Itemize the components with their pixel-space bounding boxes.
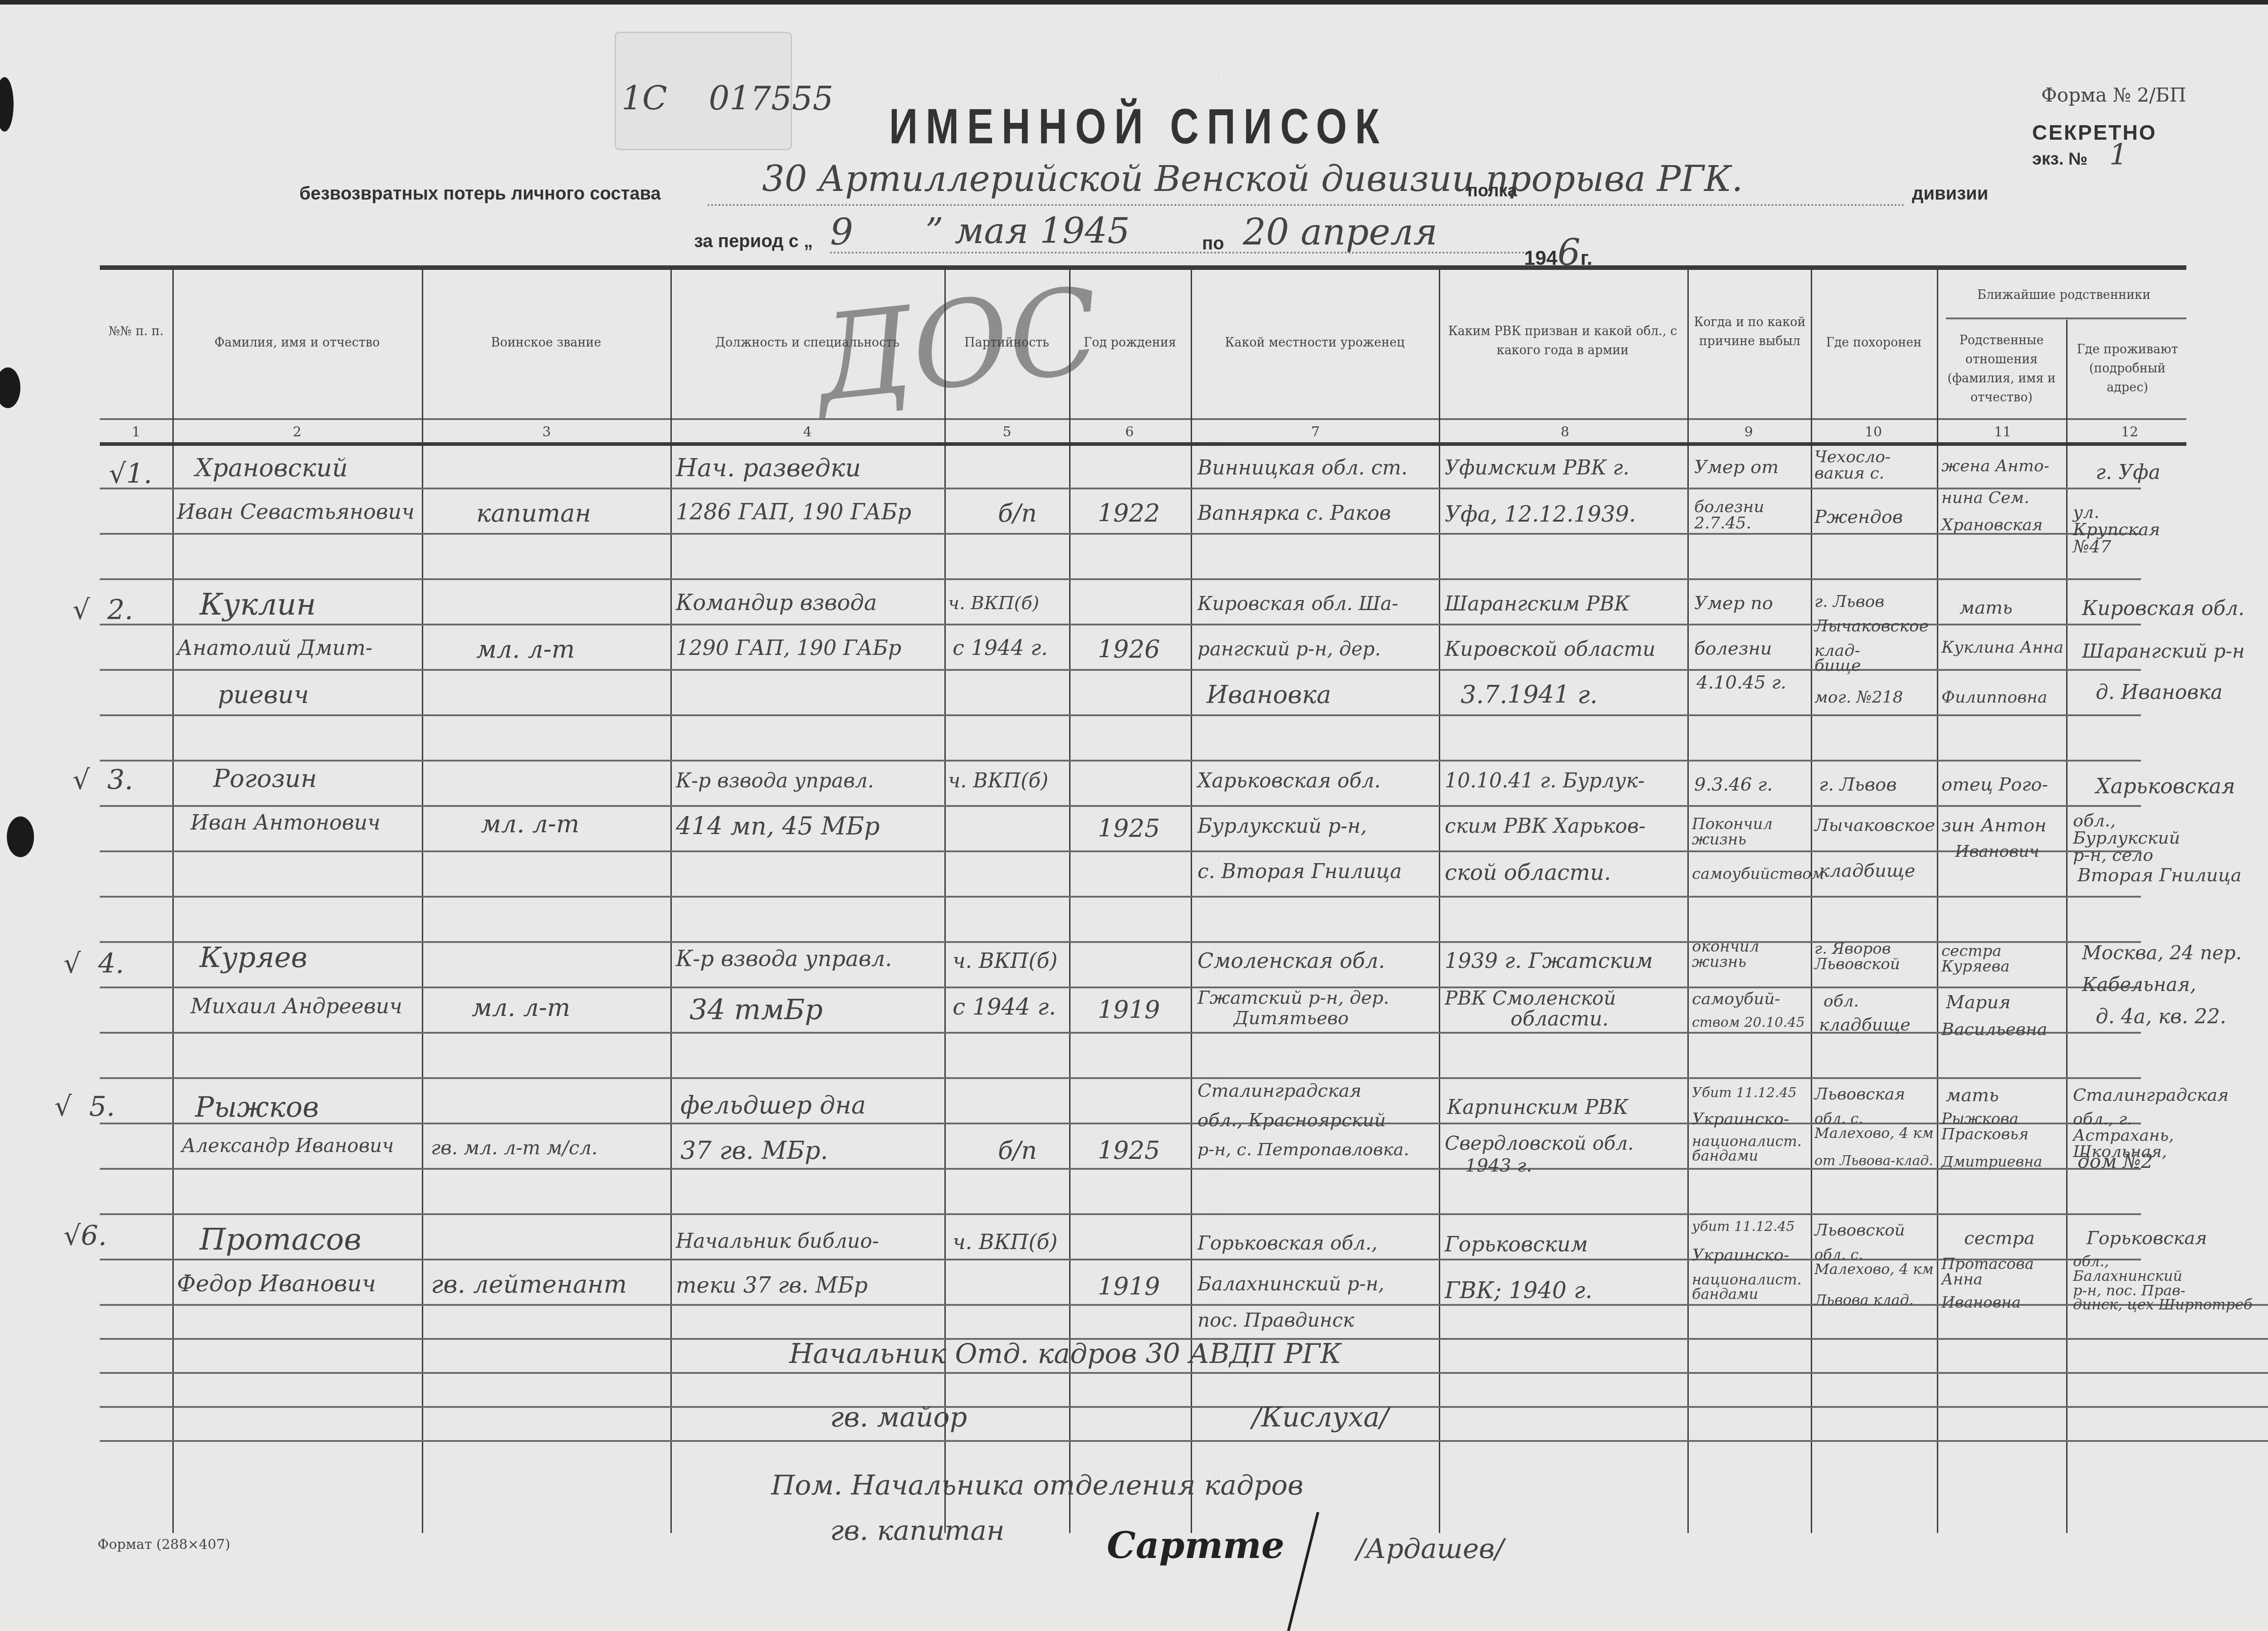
cell-address: динск, цех Ширпотреб — [2073, 1297, 2253, 1312]
row-rule — [100, 578, 2141, 580]
row-rule — [100, 805, 2141, 807]
cell-rank: мл. л-т — [481, 812, 579, 836]
cell-position: Командир взвода — [676, 592, 877, 614]
row-rule — [100, 986, 2141, 988]
cell-buried: бище — [1814, 658, 1861, 674]
cell-birthplace: Дитятьево — [1234, 1009, 1349, 1027]
cell-position: фельдшер дна — [680, 1093, 866, 1118]
cell-rvk: ской области. — [1445, 862, 1611, 884]
cell-when-why: Умер по — [1694, 594, 1773, 612]
cell-buried: Львова клад. — [1814, 1293, 1914, 1307]
cell-relative: Рыжкова Прасковья — [1941, 1111, 2064, 1142]
col-divider — [172, 268, 174, 1533]
signature-stroke — [1287, 1512, 1319, 1631]
cell-when-why: националист. бандами — [1692, 1272, 1808, 1301]
cell-birthplace: Смоленская обл. — [1198, 950, 1385, 971]
cell-when-why: самоубий- — [1692, 991, 1780, 1007]
cell-name: Александр Иванович — [181, 1136, 394, 1155]
cell-buried: мог. №218 — [1814, 689, 1903, 706]
cell-buried: Ржендов — [1814, 508, 1903, 526]
cell-when-why: болезни — [1694, 640, 1772, 658]
cell-birthplace: пос. Правдинск — [1198, 1311, 1354, 1330]
cell-birthplace: Вапнярка с. Раков — [1198, 503, 1391, 523]
column-header-4: Должность и специальность — [670, 333, 944, 352]
column-number: 10 — [1860, 424, 1887, 440]
cell-name: Иван Антонович — [191, 812, 381, 833]
cell-when-why: убит 11.12.45 — [1692, 1220, 1795, 1234]
cell-position: Начальник библио- — [676, 1231, 879, 1251]
cell-rank: мл. л-т — [476, 637, 575, 662]
cell-rvk: РВК Смоленской — [1445, 989, 1616, 1008]
cell-relative: зин Антон — [1941, 816, 2047, 835]
cell-address: Кировская обл. — [2082, 599, 2244, 619]
column-number: 1 — [122, 424, 150, 440]
signature-rank-2: гв. капитан — [830, 1515, 1004, 1547]
cell-rvk: 1939 г. Гжатским — [1445, 950, 1653, 971]
column-number: 3 — [533, 424, 560, 440]
row-rule — [100, 1213, 2141, 1215]
col-divider — [1811, 268, 1812, 1533]
cell-name: Иван Севастьянович — [177, 501, 415, 522]
cell-name: Куклин — [200, 590, 316, 620]
cell-position: Нач. разведки — [676, 456, 861, 480]
cell-address: Сталинградская — [2073, 1086, 2229, 1104]
cell-rank: гв. мл. л-т м/сл. — [431, 1138, 597, 1157]
period-label: за период с „ — [694, 231, 813, 252]
cell-buried: обл. с. Малехово, 4 км — [1814, 1247, 1935, 1276]
cell-when-why: 4.10.45 г. — [1696, 674, 1786, 692]
cell-address: Кабельная, — [2082, 975, 2196, 994]
period-to-date: 20 апреля — [1243, 211, 1437, 253]
cell-birthplace: р-н, с. Петропавловка. — [1198, 1141, 1433, 1158]
signature-name-1: /Кислуха/ — [1252, 1401, 1389, 1433]
cell-name: риевич — [218, 683, 309, 707]
cell-party: б/п — [998, 1138, 1037, 1163]
group-header-relatives: Ближайшие родственники — [1941, 286, 2186, 305]
cell-birth-year: 1925 — [1098, 1138, 1160, 1163]
cell-birthplace: Горьковская обл., — [1198, 1234, 1378, 1253]
cell-rvk: 1943 г. — [1465, 1157, 1532, 1175]
cell-party: б/п — [998, 501, 1037, 526]
punch-hole — [0, 367, 20, 408]
unit-name: 30 Артиллерийской Венской дивизии прорыв… — [762, 159, 1743, 200]
period-from-day: 9 — [830, 211, 853, 253]
column-header-8: Каким РВК призван и какой обл., с какого… — [1447, 322, 1678, 360]
col-divider — [2066, 320, 2068, 1533]
header-bottom-rule — [100, 442, 2186, 446]
row-rule — [100, 1440, 2268, 1442]
row-checkmark: √ 5. — [54, 1091, 115, 1123]
column-header-3: Воинское звание — [422, 333, 670, 352]
copy-number: 1 — [2109, 138, 2128, 172]
cell-address: дом №2 — [2077, 1152, 2153, 1171]
cell-when-why: Украинско- — [1692, 1247, 1789, 1264]
cell-address: Шарангский р-н — [2082, 642, 2245, 661]
cell-position: 1290 ГАП, 190 ГАБр — [676, 637, 901, 658]
cell-rvk: ским РВК Харьков- — [1445, 816, 1646, 836]
cell-birthplace: Сталинградская — [1198, 1082, 1362, 1100]
cell-relative: отец Рого- — [1941, 776, 2048, 794]
cell-party: ч. ВКП(б) — [953, 950, 1057, 971]
column-number: 8 — [1551, 424, 1579, 440]
cell-position: 1286 ГАП, 190 ГАБр — [676, 501, 911, 523]
header-divider — [100, 418, 2186, 420]
form-number: Форма № 2/БП — [2041, 84, 2186, 106]
cell-relative: Филипповна — [1941, 689, 2047, 706]
cell-when-why: Украинско- — [1692, 1111, 1789, 1128]
cell-relative: Васильевна — [1941, 1021, 2048, 1038]
cell-party: с 1944 г. — [953, 637, 1048, 658]
cell-name: Протасов — [200, 1225, 362, 1255]
copy-label: экз. № — [2032, 150, 2087, 169]
cell-relative: сестра Куряева — [1941, 943, 2064, 974]
row-checkmark: √ 2. — [73, 594, 133, 626]
cell-position: 34 тмБр — [689, 996, 823, 1024]
cell-relative: сестра — [1964, 1229, 2035, 1247]
col-divider — [422, 268, 423, 1533]
cell-relative: Куклина Анна — [1941, 640, 2064, 656]
cell-address: д. 4а, кв. 22. — [2096, 1007, 2226, 1027]
cell-rvk: области. — [1510, 1009, 1608, 1029]
row-rule — [100, 1077, 2141, 1079]
cell-relative: Иванович — [1955, 844, 2039, 860]
cell-address: обл., Балахнинский р-н, пос. Прав- — [2073, 1254, 2191, 1298]
table-top-rule — [100, 265, 2186, 270]
cell-position: 37 гв. МБр. — [680, 1138, 828, 1163]
cell-when-why: болезни 2.7.45. — [1694, 499, 1808, 532]
cell-address: Вторая Гнилица — [2077, 866, 2242, 884]
paper-format-label: Формат (288×407) — [98, 1537, 230, 1553]
cell-rvk: Горьковским — [1445, 1234, 1588, 1255]
division-label: дивизии — [1912, 184, 1988, 204]
punch-hole — [0, 77, 14, 132]
cell-relative: жена Анто- — [1941, 458, 2049, 474]
cell-name: Анатолий Дмит- — [177, 637, 372, 658]
cell-birthplace: Харьковская обл. — [1198, 771, 1381, 791]
regiment-label: полка — [1467, 181, 1517, 201]
cell-birthplace: Ивановка — [1207, 683, 1331, 707]
row-checkmark: √ 3. — [73, 764, 133, 796]
row-rule — [100, 714, 2141, 716]
cell-relative: мать — [1960, 599, 2013, 617]
cell-when-why: самоубийством — [1692, 866, 1824, 882]
cell-name: Рыжков — [195, 1093, 319, 1121]
cell-buried: Львовская — [1814, 1086, 1905, 1103]
cell-rvk: 10.10.41 г. Бурлук- — [1445, 771, 1645, 791]
column-header-9: Когда и по какой причине выбыл — [1692, 313, 1808, 351]
row-rule — [100, 1372, 2268, 1374]
cell-party: ч. ВКП(б) — [948, 594, 1039, 612]
column-header-12: Где проживают (подробный адрес) — [2068, 340, 2186, 397]
cell-birthplace: Балахнинский р-н, — [1198, 1275, 1384, 1294]
cell-when-why: 9.3.46 г. — [1694, 776, 1773, 794]
cell-address: ул. Крупская №47 — [2073, 503, 2186, 555]
punch-hole — [7, 816, 34, 857]
column-number: 11 — [1989, 424, 2016, 440]
column-number: 12 — [2116, 424, 2143, 440]
cell-name: Михаил Андреевич — [191, 996, 402, 1016]
cell-birth-year: 1919 — [1098, 998, 1160, 1022]
cell-birthplace: рангский р-н, дер. — [1198, 640, 1381, 659]
signature-line-3: Пом. Начальника отделения кадров — [771, 1470, 1304, 1501]
cell-birth-year: 1926 — [1098, 637, 1160, 662]
cell-buried: от Львова-клад. — [1814, 1154, 1933, 1168]
signature-line-1: Начальник Отд. кадров 30 АВДП РГК — [789, 1338, 1341, 1370]
signature-rank-1: гв. майор — [830, 1401, 967, 1433]
losses-label: безвозвратных потерь личного состава — [299, 184, 661, 204]
column-number: 5 — [993, 424, 1021, 440]
cell-rvk: 3.7.1941 г. — [1461, 683, 1598, 707]
cell-birthplace: Кировская обл. Ша- — [1198, 594, 1398, 613]
cell-address: Москва, 24 пер. — [2082, 943, 2242, 962]
cell-rvk: Кировской области — [1445, 640, 1656, 659]
cell-buried: Лычаковское — [1814, 816, 1935, 834]
cell-birthplace: обл., Красноярский — [1198, 1111, 1386, 1129]
column-number: 9 — [1735, 424, 1762, 440]
cell-when-why: националист. бандами — [1692, 1134, 1808, 1163]
document-page: 1C 017555 ИМЕННОЙ СПИСОК Форма № 2/БП СЕ… — [0, 5, 2268, 1631]
cell-relative: Храновская — [1941, 517, 2043, 533]
cell-rank: гв. лейтенант — [431, 1272, 627, 1297]
cell-birthplace: Гжатский р-н, дер. — [1198, 989, 1389, 1007]
cell-name: Храновский — [195, 456, 348, 480]
column-header-7: Какой местности уроженец — [1191, 333, 1439, 352]
cell-relative: нина Сем. — [1941, 490, 2029, 506]
period-to-label: по — [1202, 234, 1224, 254]
cell-when-why: Умер от — [1694, 458, 1779, 476]
row-rule — [100, 850, 2141, 852]
cell-buried: кладбище — [1819, 1016, 1911, 1033]
cell-birthplace: с. Вторая Гнилица — [1198, 862, 1402, 882]
cell-address: г. Уфа — [2096, 463, 2160, 483]
cell-position: 414 мп, 45 МБр — [676, 814, 880, 839]
row-checkmark: √1. — [109, 458, 152, 490]
cell-name: Куряев — [200, 943, 307, 972]
cell-relative: Дмитриевна — [1941, 1154, 2042, 1169]
col-divider — [670, 268, 672, 1533]
cell-rvk: Свердловской обл. — [1445, 1134, 1634, 1153]
col-divider — [1687, 268, 1689, 1533]
cell-birth-year: 1922 — [1098, 501, 1160, 526]
cell-birthplace: Винницкая обл. ст. — [1198, 458, 1408, 478]
cell-position: К-р взвода управл. — [676, 948, 892, 970]
cell-rank: капитан — [476, 501, 591, 526]
row-rule — [100, 760, 2141, 762]
cell-position: теки 37 гв. МБр — [676, 1275, 868, 1296]
cell-rvk: ГВК; 1940 г. — [1445, 1279, 1593, 1302]
cell-birth-year: 1925 — [1098, 816, 1160, 841]
column-number: 7 — [1302, 424, 1329, 440]
column-header-2: Фамилия, имя и отчество — [172, 333, 422, 352]
cell-address: д. Ивановка — [2096, 683, 2223, 703]
column-number: 2 — [283, 424, 311, 440]
signature-name-2: /Ардашев/ — [1356, 1533, 1504, 1565]
col-divider — [1937, 268, 1938, 1533]
cell-rvk: Уфимским РВК г. — [1445, 458, 1629, 478]
col-divider — [1439, 268, 1440, 1533]
cell-buried: г. Львов Лычаковское клад- — [1814, 590, 1935, 663]
cell-buried: г. Яворов Львовской — [1814, 941, 1935, 972]
row-rule — [100, 533, 2141, 535]
cell-party: ч. ВКП(б) — [948, 771, 1048, 791]
cell-buried: кладбище — [1819, 862, 1915, 880]
row-rule — [100, 488, 2141, 489]
cell-buried: г. Львов — [1819, 776, 1897, 794]
cell-when-why: Покончил жизнь — [1692, 816, 1808, 847]
cell-rvk: Уфа, 12.12.1939. — [1445, 503, 1636, 525]
archive-number: 1C 017555 — [621, 79, 833, 117]
cell-name: Рогозин — [213, 767, 317, 791]
column-header-6: Год рождения — [1069, 333, 1191, 352]
cell-when-why: ством 20.10.45 — [1692, 1016, 1805, 1030]
cell-relative: мать — [1946, 1086, 1999, 1104]
cell-name: Федор Иванович — [177, 1272, 376, 1295]
column-header-11: Родственные отношения (фамилия, имя и от… — [1939, 331, 2064, 407]
column-header-1: №№ п. п. — [100, 322, 172, 341]
cell-buried: обл. с. Малехово, 4 км — [1814, 1111, 1935, 1140]
signature-handwritten: Сартте — [1107, 1524, 1285, 1567]
cell-party: с 1944 г. — [953, 996, 1056, 1018]
cell-rvk: Карпинским РВК — [1447, 1098, 1628, 1118]
cell-rvk: Шарангским РВК — [1445, 594, 1630, 614]
cell-party: ч. ВКП(б) — [953, 1231, 1057, 1252]
cell-when-why: Убит 11.12.45 — [1692, 1086, 1797, 1100]
cell-relative: Протасова Анна — [1941, 1256, 2064, 1287]
row-rule — [100, 1406, 2268, 1408]
cell-address: Харьковская — [2096, 776, 2235, 796]
column-header-10: Где похоронен — [1811, 333, 1937, 352]
cell-relative: Мария — [1946, 993, 2011, 1011]
cell-birthplace: Бурлукский р-н, — [1198, 816, 1367, 836]
cell-address: Горьковская — [2087, 1229, 2207, 1247]
column-number: 4 — [794, 424, 821, 440]
group-header-divider — [1946, 317, 2186, 319]
column-header-5: Партийность — [944, 333, 1069, 352]
secrecy-label: СЕКРЕТНО — [2032, 120, 2156, 145]
cell-address: обл., Бурлукский р-н, село — [2073, 812, 2191, 864]
unit-field-line — [708, 204, 1905, 206]
cell-position: К-р взвода управл. — [676, 771, 874, 791]
column-number: 6 — [1116, 424, 1143, 440]
cell-buried: Чехосло-вакия с. — [1814, 449, 1935, 482]
row-rule — [100, 896, 2141, 898]
cell-relative: Ивановна — [1941, 1295, 2021, 1310]
document-title: ИМЕННОЙ СПИСОК — [889, 98, 1387, 155]
cell-rank: мл. л-т — [472, 996, 570, 1020]
row-checkmark: √ 4. — [64, 948, 124, 980]
row-checkmark: √6. — [64, 1220, 107, 1252]
cell-buried: обл. — [1823, 993, 1859, 1010]
cell-when-why: окончил жизнь — [1692, 939, 1805, 970]
period-from-month-year: ” мая 1945 — [925, 211, 1130, 252]
cell-birth-year: 1919 — [1098, 1275, 1160, 1299]
cell-buried: Львовской — [1814, 1222, 1905, 1239]
